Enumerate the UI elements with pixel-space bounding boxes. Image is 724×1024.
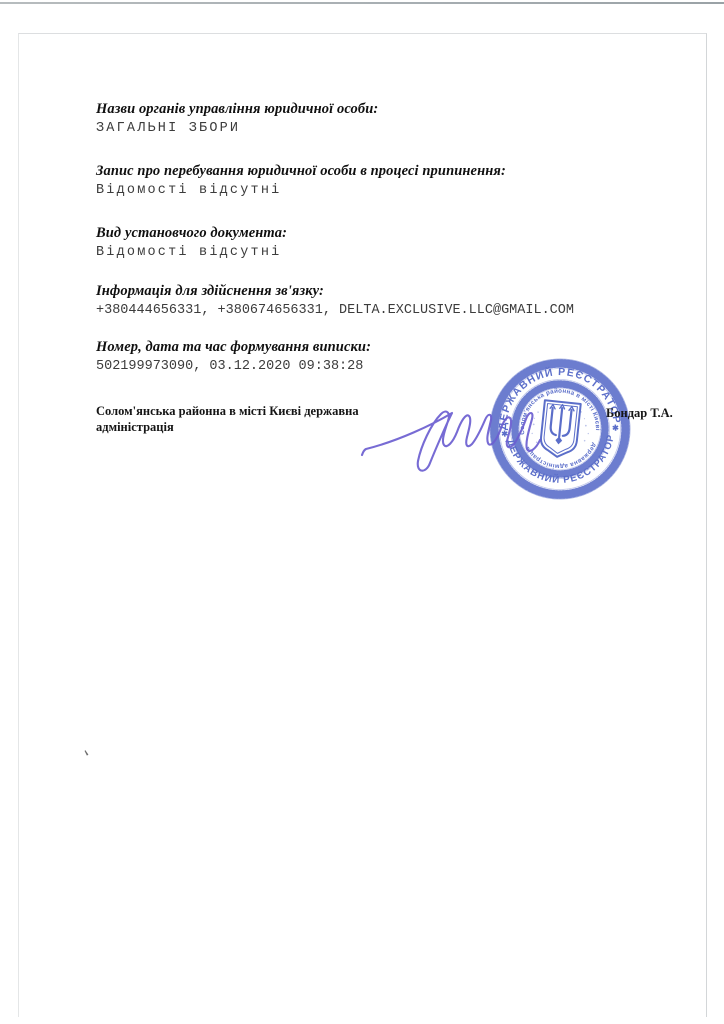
registrar-signature (350, 392, 550, 487)
signature-stroke (362, 412, 540, 471)
signature-svg (350, 392, 550, 487)
field-contact-info: Інформація для здійснення зв'язку: +3804… (96, 283, 574, 319)
field-governing-bodies: Назви органів управління юридичної особи… (96, 101, 378, 137)
issuing-authority-name: Солом'янська районна в місті Києві держа… (96, 404, 360, 435)
field-label: Номер, дата та час формування виписки: (96, 339, 371, 356)
field-value: ЗАГАЛЬНІ ЗБОРИ (96, 121, 378, 137)
registrar-name: Бондар Т.А. (606, 406, 673, 421)
scan-top-edge (0, 2, 724, 4)
field-label: Інформація для здійснення зв'язку: (96, 283, 574, 300)
field-label: Запис про перебування юридичної особи в … (96, 163, 506, 180)
field-founding-document: Вид установчого документа: Відомості від… (96, 225, 287, 261)
field-termination-record: Запис про перебування юридичної особи в … (96, 163, 506, 199)
field-value: 502199973090, 03.12.2020 09:38:28 (96, 359, 371, 375)
speck-shape (85, 750, 89, 756)
trident-base-diamond (555, 436, 563, 445)
scan-artifact-speck (84, 744, 90, 752)
trident-prongs (550, 407, 572, 438)
field-extract-number-date: Номер, дата та час формування виписки: 5… (96, 339, 371, 375)
stamp-separator-star-right: ✱ (612, 423, 619, 432)
field-value: +380444656331, +380674656331, DELTA.EXCL… (96, 303, 574, 319)
field-value: Відомості відсутні (96, 183, 506, 199)
field-label: Назви органів управління юридичної особи… (96, 101, 378, 118)
field-value: Відомості відсутні (96, 245, 287, 261)
field-label: Вид установчого документа: (96, 225, 287, 242)
